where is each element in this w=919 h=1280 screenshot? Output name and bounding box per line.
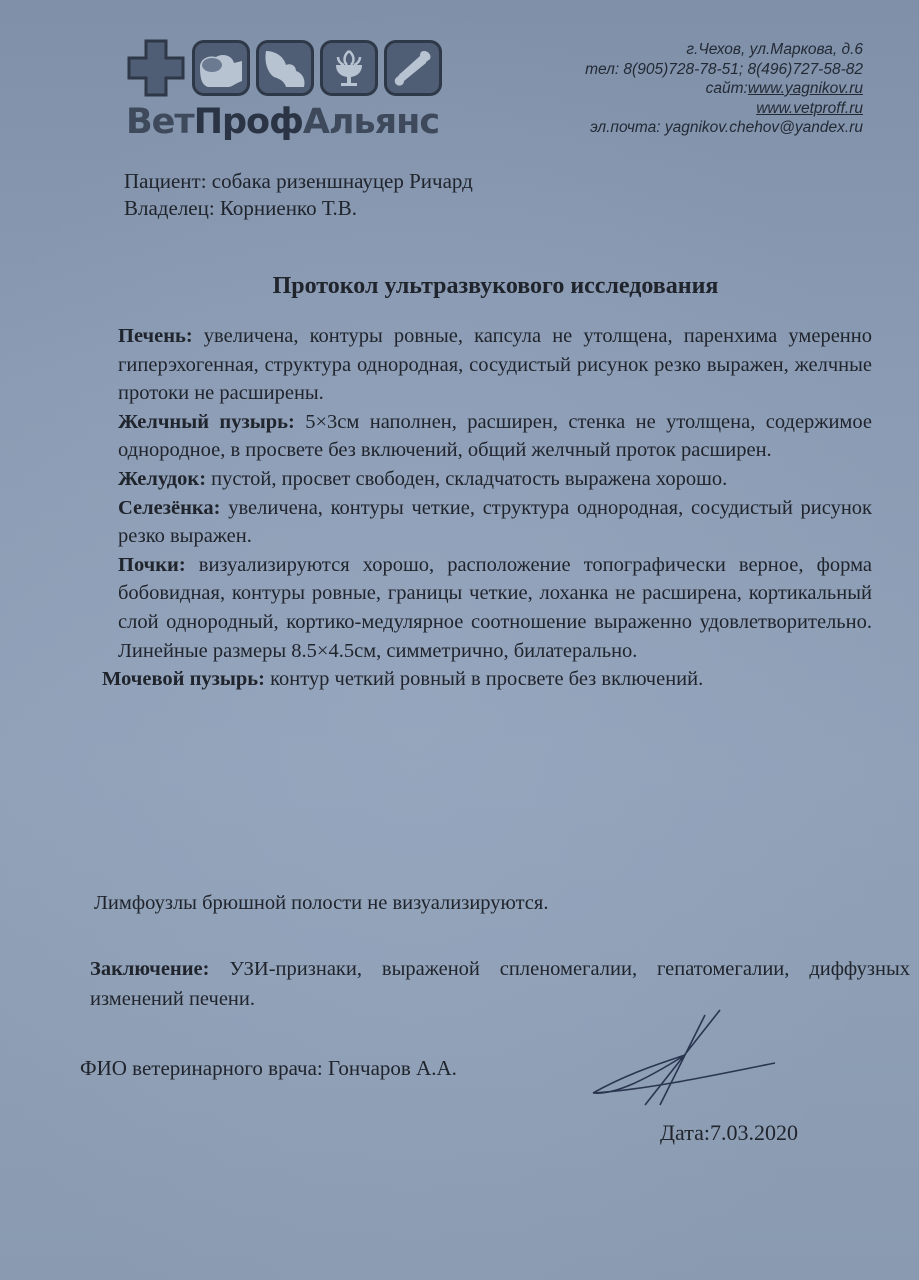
clinic-name: ВетПрофАльянс — [126, 102, 456, 142]
clinic-name-part: Проф — [194, 102, 303, 142]
clinic-name-part: Альянс — [303, 102, 439, 142]
clinic-name-part: Вет — [126, 102, 194, 142]
section-bladder: Мочевой пузырь: контур четкий ровный в п… — [102, 665, 872, 694]
document-title: Протокол ультразвукового исследования — [0, 273, 919, 300]
document-page: ВетПрофАльянс г.Чехов, ул.Маркова, д.6 т… — [0, 0, 919, 1280]
bowl-of-hygieia-icon — [320, 40, 378, 96]
medical-cross-icon — [126, 38, 186, 98]
section-label: Печень: — [118, 325, 193, 347]
site-line-2: www.vetproff.ru — [585, 99, 863, 119]
lymph-nodes-note: Лимфоузлы брюшной полости не визуализиру… — [94, 892, 548, 915]
phone: тел: 8(905)728-78-51; 8(496)727-58-82 — [585, 60, 863, 80]
section-label: Желчный пузырь: — [118, 411, 295, 433]
patient-line: Пациент: собака ризеншнауцер Ричард — [124, 168, 473, 195]
findings: Печень: увеличена, контуры ровные, капсу… — [118, 322, 872, 694]
conclusion-text: УЗИ-признаки, выраженой спленомегалии, г… — [90, 958, 910, 1010]
section-stomach: Желудок: пустой, просвет свободен, склад… — [118, 465, 872, 494]
conclusion: Заключение: УЗИ-признаки, выраженой спле… — [90, 954, 910, 1014]
email: эл.почта: yagnikov.chehov@yandex.ru — [585, 118, 863, 138]
bone-icon — [384, 40, 442, 96]
address: г.Чехов, ул.Маркова, д.6 — [585, 40, 863, 60]
doctor-name: ФИО ветеринарного врача: Гончаров А.А. — [80, 1056, 457, 1081]
section-label: Желудок: — [118, 468, 206, 490]
section-text: пустой, просвет свободен, складчатость в… — [206, 468, 727, 490]
joint-icon — [256, 40, 314, 96]
site-link-vetproff[interactable]: www.vetproff.ru — [756, 100, 863, 117]
logo-icon-row — [126, 38, 456, 98]
section-label: Мочевой пузырь: — [102, 668, 265, 690]
section-label: Селезёнка: — [118, 497, 220, 519]
section-liver: Печень: увеличена, контуры ровные, капсу… — [118, 322, 872, 408]
section-gallbladder: Желчный пузырь: 5×3см наполнен, расширен… — [118, 408, 872, 465]
section-text: увеличена, контуры ровные, капсула не ут… — [118, 325, 872, 404]
brain-icon — [192, 40, 250, 96]
site-link-yagnikov[interactable]: www.yagnikov.ru — [748, 80, 863, 97]
section-text: увеличена, контуры четкие, структура одн… — [118, 497, 872, 548]
section-text: контур четкий ровный в просвете без вклю… — [265, 668, 703, 690]
section-label: Почки: — [118, 554, 186, 576]
signature — [585, 1005, 785, 1115]
section-kidneys: Почки: визуализируются хорошо, расположе… — [118, 551, 872, 665]
section-text: визуализируются хорошо, расположение топ… — [118, 554, 872, 662]
clinic-contacts: г.Чехов, ул.Маркова, д.6 тел: 8(905)728-… — [585, 40, 863, 138]
clinic-logo: ВетПрофАльянс — [126, 38, 456, 142]
patient-info: Пациент: собака ризеншнауцер Ричард Влад… — [124, 168, 473, 222]
report-date: Дата:7.03.2020 — [660, 1120, 798, 1146]
owner-line: Владелец: Корниенко Т.В. — [124, 195, 473, 222]
section-spleen: Селезёнка: увеличена, контуры четкие, ст… — [118, 494, 872, 551]
site-label: сайт: — [706, 80, 748, 97]
site-line: сайт:www.yagnikov.ru — [585, 79, 863, 99]
conclusion-label: Заключение: — [90, 958, 209, 980]
